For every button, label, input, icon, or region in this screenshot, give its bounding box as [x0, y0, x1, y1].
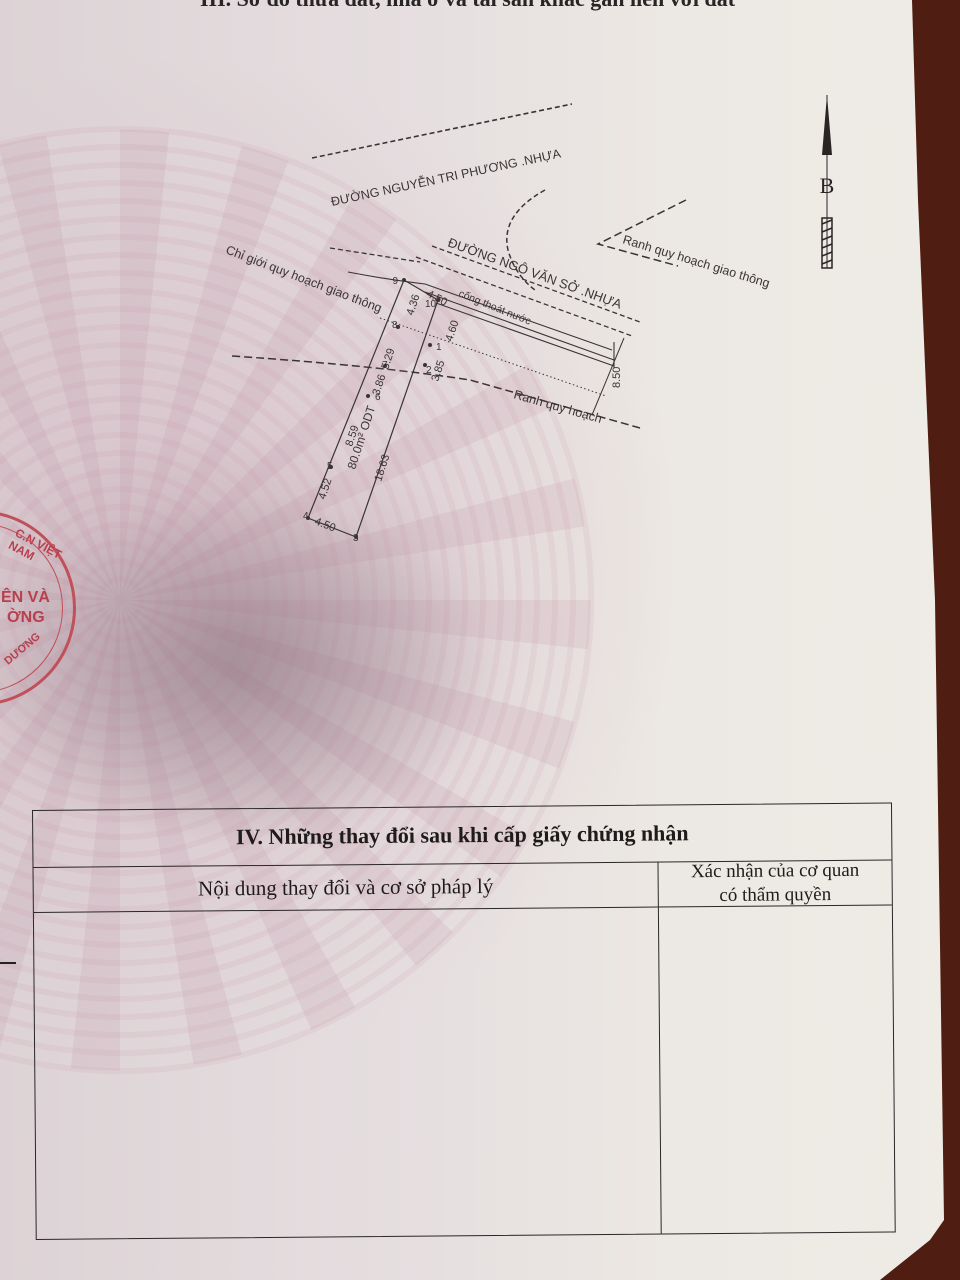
certificate-page: III. Sơ đồ thửa đất, nhà ở và tài sản kh… — [0, 0, 960, 1280]
changes-table-title: IV. Những thay đổi sau khi cấp giấy chứn… — [33, 804, 891, 868]
road-label-nguyen-tri-phuong: ĐƯỜNG NGUYỄN TRI PHƯƠNG .NHỰA — [330, 145, 563, 209]
road-line-ngo-van-so-1 — [432, 246, 640, 322]
authority-confirmation-cell — [660, 906, 895, 1234]
label-traffic-boundary: Chỉ giới quy hoạch giao thông — [224, 243, 384, 316]
north-label: B — [820, 173, 835, 198]
svg-text:8: 8 — [392, 320, 398, 331]
label-traffic-planning-line: Ranh quy hoạch giao thông — [621, 232, 771, 290]
column-header-change-content: Nội dung thay đổi và cơ sở pháp lý — [34, 863, 658, 913]
road-line-nguyen-tri-phuong — [312, 104, 572, 158]
svg-text:3: 3 — [353, 533, 359, 544]
north-arrow-icon: B — [820, 95, 835, 268]
svg-text:9: 9 — [392, 276, 398, 287]
svg-text:4: 4 — [303, 511, 309, 522]
changes-table: IV. Những thay đổi sau khi cấp giấy chứn… — [32, 802, 896, 1239]
land-plot-diagram: ĐƯỜNG NGUYỄN TRI PHƯƠNG .NHỰA ĐƯỜNG NGÔ … — [0, 0, 960, 800]
label-planning-line: Ranh quy hoạch — [512, 387, 603, 426]
column-header-authority-confirmation: Xác nhận của cơ quan có thẩm quyền — [657, 861, 891, 908]
dim-road-width: 8.50 — [611, 367, 623, 388]
svg-text:5: 5 — [327, 461, 333, 472]
svg-text:1: 1 — [436, 342, 442, 353]
margin-mark — [0, 962, 16, 964]
change-content-cell — [34, 908, 661, 1239]
dim-2-1: 3.85 — [429, 359, 447, 383]
dim-1-10: 4.60 — [443, 319, 461, 343]
